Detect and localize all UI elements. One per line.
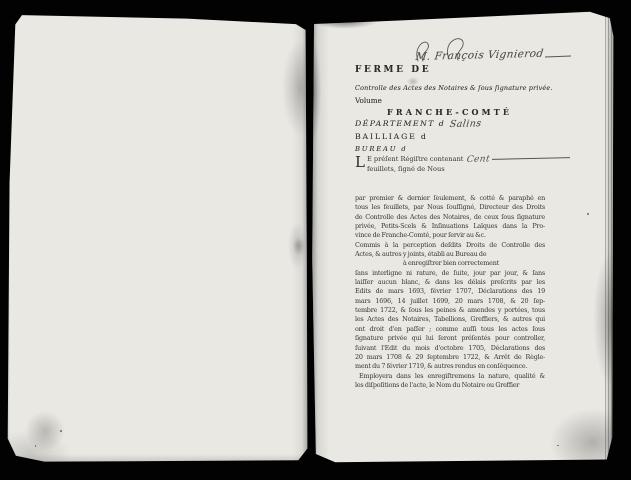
body-line: 20 mars 1708 & 29 ſeptembre 1722, & Arrê… [355,353,545,362]
body-line: les diſpoſitions de l'acte, le Nom du No… [355,381,545,390]
body-line: ſignature privée qui lui ſeront préſenté… [355,334,545,343]
gutter-smudge [293,237,305,255]
body-line: vince de Franche-Comté, pour ſervir au &… [355,231,545,240]
body-line: par premier & dernier ſeulement, & cotté… [355,194,545,203]
bureau-line: BUREAU d [355,145,407,153]
body-line: mars 1696, 14 juillet 1699, 20 mars 1708… [355,297,545,306]
register-statement: L E préſent Régiſtre contenantCent feuil… [355,155,570,173]
volume-label: Volume [355,96,382,105]
left-page [5,11,308,463]
body-text: par premier & dernier ſeulement, & cotté… [355,194,545,390]
body-line: tous les feuillets, par Nous ſouſſigné, … [355,203,545,212]
body-line: de Controlle des Actes des Notaires, de … [355,213,545,222]
bailliage-line: BAILLIAGE d [355,132,428,141]
body-line: Commis à la perception deſdits Droits de… [355,241,545,250]
ink-speck [8,90,10,93]
dropcap-L: L [355,155,365,169]
body-line: ment du 7 février 1719, & autres rendus … [355,362,545,371]
handwritten-departement: Salins [449,118,482,130]
fill-in-rule [492,157,570,160]
handwritten-owner-name: M. François Vignierod [415,51,571,63]
body-line: ſuivant l'Edit du mois d'octobre 1705, D… [355,344,545,353]
controlle-subtitle: Controlle des Actes des Notaires & ſous … [355,84,553,92]
body-line: à enregiſtrer bien correctement [355,259,545,268]
ferme-de-label: FERME DE [355,65,431,75]
ink-speck [587,213,589,215]
page-edge-streaks [605,9,614,465]
departement-line: DÉPARTEMENT dSalins [355,119,481,130]
body-line: les Actes des Notaires, Tabellions, Gref… [355,315,545,324]
handwriting-dash [545,56,571,58]
body-line: tembre 1722, & ſous les peines & amendes… [355,306,545,315]
body-line: ſans interligne ni rature, de ſuite, jou… [355,269,545,278]
body-line: Employera dans les enregiſtremens la nat… [355,372,545,381]
body-line: Actes, & autres y joints, établi au Bure… [355,250,545,259]
body-line: Edits de mars 1693, février 1707, Déclar… [355,287,545,296]
handwritten-count: Cent [466,155,490,164]
book-scan: FERME DE M. François Vignierod Controlle… [0,0,631,480]
body-line: privée, Petits-Scels & Inſinuations Laïq… [355,222,545,231]
corner-wear [25,411,65,451]
province-title: FRANCHE-COMTÉ [387,107,512,117]
ink-blot [407,77,419,86]
ink-speck [557,445,559,446]
right-page: FERME DE M. François Vignierod Controlle… [311,9,614,465]
body-line: laiſſer aucun blanc, & dans les délais p… [355,278,545,287]
body-line: ont droit d'en paſſer ; comme auſſi tous… [355,325,545,334]
